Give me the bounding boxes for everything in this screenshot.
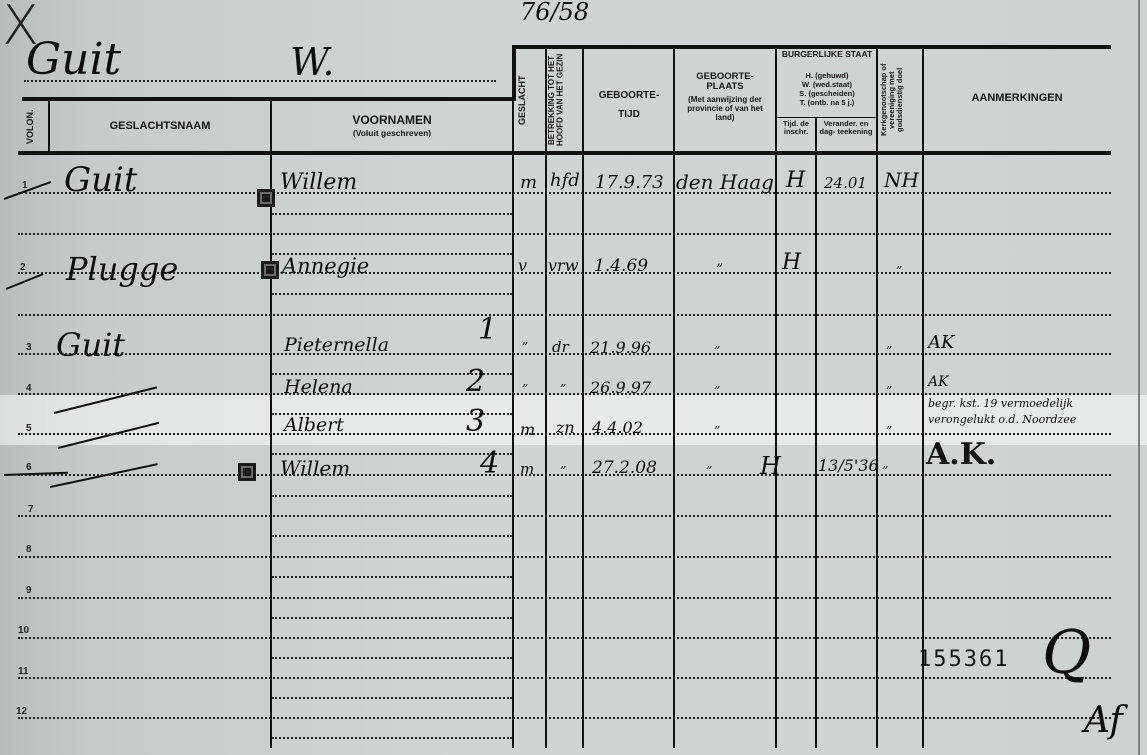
col-divider-sex — [545, 47, 547, 748]
header-geslachtsnaam: GESLACHTSNAAM — [52, 120, 268, 132]
row-sub-line-6 — [272, 495, 512, 497]
row-line-1b — [18, 233, 1111, 235]
row-line-2b — [18, 314, 1111, 316]
row5-relation: zn — [556, 418, 575, 437]
row1-birthplace: den Haag — [676, 170, 774, 194]
row2-civil-status: H — [782, 250, 801, 275]
row2-strike — [6, 273, 44, 290]
header-top-rule-left — [22, 97, 515, 101]
row-number-7: 7 — [28, 504, 34, 515]
right-edge-border — [1138, 0, 1140, 755]
header-betrekking: BETREKKING TOT HET HOOFD VAN HET GEZIN — [548, 50, 580, 150]
row5-birthplace: ” — [714, 424, 720, 438]
header-aanmerkingen: AANMERKINGEN — [924, 92, 1110, 104]
row3-church: ” — [886, 344, 892, 358]
row-line-7 — [18, 515, 1111, 517]
row1-surname: Guit — [64, 160, 138, 200]
header-initial: W. — [290, 40, 335, 84]
row2-firstname: Annegie — [282, 254, 369, 278]
row-number-11: 11 — [18, 666, 29, 677]
row5-order: 3 — [466, 404, 485, 439]
row6-church: ” — [882, 464, 888, 478]
row1-civil-change: 24.01 — [824, 174, 867, 192]
header-geslacht: GESLACHT — [518, 52, 540, 148]
row5-birthdate: 4.4.02 — [592, 418, 643, 437]
col-divider-church — [922, 47, 924, 748]
row-number-6: 6 — [26, 462, 32, 473]
row3-order: 1 — [478, 312, 497, 347]
corner-mark: Af — [1084, 700, 1123, 741]
header-volgnr: VOLON. — [26, 104, 40, 150]
row6-civil-change: 13/5'36 — [818, 456, 879, 475]
row-line-12 — [18, 717, 1111, 719]
row1-firstname: Willem — [280, 170, 357, 195]
registration-card: X Guit W. 76/58 VOLON. GESLACHTSNAAM VOO… — [0, 0, 1147, 755]
row4-order: 2 — [466, 364, 485, 399]
row5-firstname: Albert — [284, 414, 344, 436]
row2-birthplace: ” — [716, 262, 723, 278]
row4-relation: ” — [560, 382, 566, 396]
row6-civil-status: H — [760, 452, 781, 480]
col-divider-relation — [582, 47, 584, 748]
row4-birthplace: ” — [714, 384, 720, 398]
row-number-3: 3 — [26, 342, 32, 353]
row-number-10: 10 — [18, 625, 29, 636]
header-bs-w: W. (wed.staat) — [779, 81, 875, 89]
row3-birthplace: ” — [714, 344, 720, 358]
row2-relation: vrw — [548, 256, 578, 275]
row3-relation: dr — [552, 338, 569, 356]
row3-firstname: Pieternella — [284, 334, 389, 356]
header-step — [512, 45, 516, 101]
col-divider-birthplace — [775, 47, 777, 748]
row6-remarks-stamp: A.K. — [926, 438, 1026, 471]
row-line-11 — [18, 677, 1111, 679]
row4-remarks: AK — [928, 374, 949, 390]
header-bs-s: S. (gescheiden) — [779, 90, 875, 98]
row-sub-line-8 — [272, 576, 512, 578]
row-sub-line-10 — [272, 657, 512, 659]
row-number-2: 2 — [20, 262, 26, 273]
header-surname: Guit — [26, 34, 121, 85]
row2-surname: Plugge — [66, 250, 178, 288]
row-number-4: 4 — [26, 383, 32, 394]
row-sub-line-12 — [272, 737, 512, 739]
header-bs-h: H. (gehuwd) — [779, 72, 875, 80]
row4-firstname: Helena — [284, 376, 353, 398]
row4-church: ” — [886, 384, 892, 398]
row5-church: ” — [886, 424, 892, 438]
col-divider-civil — [876, 47, 878, 748]
civil-status-subrule — [777, 117, 876, 118]
row1-stamp-icon — [257, 189, 275, 207]
row-number-5: 5 — [26, 423, 32, 434]
header-kerkgenootschap: Kerkgenootschap of vereeniging met godsd… — [880, 50, 920, 150]
row-number-8: 8 — [26, 544, 32, 555]
row6-order: 4 — [480, 446, 499, 481]
row6-stamp-icon — [238, 463, 256, 481]
row-number-9: 9 — [26, 585, 32, 596]
row1-church: NH — [884, 168, 919, 192]
row6-relation: ” — [560, 464, 566, 478]
row1-relation: hfd — [550, 170, 580, 191]
row2-stamp-icon — [261, 261, 279, 279]
row-line-8 — [18, 556, 1111, 558]
col-divider-birthdate — [673, 47, 675, 748]
row-sub-line-5 — [272, 453, 512, 455]
header-geboorteplaats-sub: (Met aanwijzing der provincie of van het… — [678, 96, 772, 122]
row-sub-line-7 — [272, 535, 512, 537]
row-line-9 — [18, 597, 1111, 599]
row6-sex: m — [520, 460, 534, 478]
header-name-line — [24, 80, 496, 82]
row3-surname: Guit — [56, 326, 125, 364]
row1-civil-status: H — [786, 168, 805, 193]
row5-remarks: begr. kst. 19 vermoedelijk verongelukt o… — [928, 396, 1138, 428]
serial-number: 155361 — [918, 648, 1028, 672]
row3-sex: ” — [522, 340, 528, 354]
archive-ref: 76/58 — [520, 0, 589, 26]
row3-remarks: AK — [928, 332, 954, 353]
row5-sex: m — [520, 420, 535, 439]
row6-birthplace: ” — [706, 464, 712, 478]
header-geboortetijd: GEBOORTE- TIJD — [590, 86, 668, 124]
row4-sex: ” — [522, 382, 528, 396]
row-sub-line-9 — [272, 617, 512, 619]
header-bs-t: T. (ontb. na 5 j.) — [779, 99, 875, 107]
header-geboorteplaats: GEBOORTE- PLAATS — [678, 72, 772, 93]
row-sub-line-1 — [272, 213, 512, 215]
row1-sex: m — [520, 172, 537, 193]
row-number-12: 12 — [16, 706, 27, 717]
header-bottom-rule — [18, 151, 1111, 155]
row1-birthdate: 17.9.73 — [595, 172, 664, 193]
col-divider-volgnr — [48, 100, 50, 152]
row3-birthdate: 21.9.96 — [590, 338, 651, 357]
row6-firstname: Willem — [280, 456, 350, 480]
header-bs-verander: Verander. en dag- teekening — [817, 120, 875, 137]
header-burgerlijke-staat: BURGERLIJKE STAAT — [779, 50, 875, 59]
row-line-1 — [18, 192, 1111, 194]
row-sub-line-11 — [272, 697, 512, 699]
row2-church: ” — [896, 264, 902, 278]
row-sub-line-2b — [272, 293, 512, 295]
signature-mark: Q — [1042, 618, 1091, 688]
header-bs-tijd: Tijd. de inschr. — [777, 120, 815, 137]
row-line-10 — [18, 637, 1111, 639]
row2-birthdate: 1.4.69 — [594, 256, 648, 276]
col-divider-firstname — [512, 100, 514, 748]
header-voornamen-sub: (Voluit geschreven) — [272, 129, 512, 138]
header-voornamen: VOORNAMEN — [272, 114, 512, 127]
row2-sex: v — [518, 256, 527, 275]
row6-birthdate: 27.2.08 — [592, 458, 657, 478]
row4-birthdate: 26.9.97 — [590, 378, 651, 397]
